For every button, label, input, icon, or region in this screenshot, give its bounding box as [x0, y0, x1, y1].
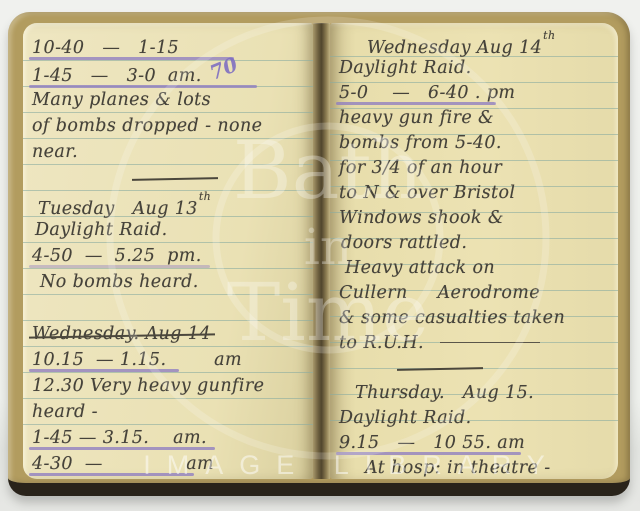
left-page-handwriting: 10-40 — 1-151-45 — 3-0 am.70Many planes …: [23, 23, 313, 477]
handwriting-text: Heavy attack on: [345, 256, 495, 281]
right-page: Wednesday Aug 14thDaylight Raid.5-0 — 6-…: [330, 23, 618, 479]
handwriting-line: Daylight Raid.: [330, 55, 618, 80]
handwriting-text: to N & over Bristol: [339, 181, 515, 206]
section-divider: [23, 165, 313, 191]
purple-underline: [29, 473, 194, 477]
handwriting-text: 10.15 — 1.15. am: [32, 347, 242, 373]
handwriting-text: Cullern Aerodrome: [339, 281, 540, 306]
handwriting-line: Windows shook &: [330, 205, 618, 230]
handwriting-line: At hosp: in theatre -: [330, 455, 618, 479]
handwriting-text: 4-30 — am: [32, 451, 214, 477]
handwriting-text: of bombs dropped - none: [32, 113, 262, 139]
handwriting-line: Thursday. Aug 15.: [330, 380, 618, 405]
gutter-shadow: [313, 23, 330, 479]
handwriting-text: Daylight Raid.: [339, 56, 472, 81]
handwriting-line: Cullern Aerodrome: [330, 280, 618, 305]
purple-underline: [29, 369, 179, 373]
handwriting-line: 9.15 — 10 55. am: [330, 430, 618, 455]
handwriting-text: 1-45 — 3.15. am.: [32, 425, 207, 451]
handwriting-text: 10-40 — 1-15: [32, 35, 179, 61]
handwriting-line: 10.15 — 1.15. am: [23, 347, 313, 373]
handwriting-line: heavy gun fire &: [330, 105, 618, 130]
handwriting-line: to N & over Bristol: [330, 180, 618, 205]
handwriting-line: Daylight Raid.: [23, 217, 313, 243]
handwriting-text: Daylight Raid.: [35, 217, 168, 243]
purple-underline: [29, 57, 234, 61]
handwriting-line: Many planes & lots: [23, 87, 313, 113]
superscript: th: [199, 190, 211, 203]
handwriting-text: Daylight Raid.: [339, 406, 472, 431]
notebook: 10-40 — 1-151-45 — 3-0 am.70Many planes …: [8, 12, 630, 496]
superscript: th: [543, 29, 555, 42]
handwriting-text: 1-45 — 3-0 am.: [32, 63, 202, 89]
handwriting-text: heard -: [32, 399, 98, 425]
handwriting-line: of bombs dropped - none: [23, 113, 313, 139]
divider-stroke: [397, 367, 483, 371]
strikethrough: [29, 333, 215, 338]
handwriting-line: near.: [23, 139, 313, 165]
handwriting-line: & some casualties taken: [330, 305, 618, 330]
handwriting-text: doors rattled.: [341, 231, 467, 256]
handwriting-line: Wednesday. Aug 14: [23, 321, 313, 347]
handwriting-line: No bombs heard.: [23, 269, 313, 295]
handwriting-text: No bombs heard.: [40, 269, 199, 295]
handwriting-line: heard -: [23, 399, 313, 425]
handwriting-line: 1-45 — 3-0 am.70: [23, 61, 313, 87]
handwriting-line: Daylight Raid.: [330, 405, 618, 430]
handwriting-text: 5-0 — 6-40 . pm: [339, 81, 515, 106]
handwriting-text: Wednesday. Aug 14: [32, 321, 211, 347]
left-page: 10-40 — 1-151-45 — 3-0 am.70Many planes …: [23, 23, 313, 479]
trailing-rule: [440, 342, 540, 343]
handwriting-text: Windows shook &: [339, 206, 504, 231]
handwriting-text: Many planes & lots: [32, 87, 211, 113]
handwriting-text: 12.30 Very heavy gunfire: [32, 373, 264, 399]
handwriting-line: 4-50 — 5.25 pm.: [23, 243, 313, 269]
purple-underline: [29, 265, 210, 268]
handwriting-line: [23, 295, 313, 321]
section-divider: [330, 355, 618, 380]
handwriting-line: Heavy attack on: [330, 255, 618, 280]
handwriting-text: & some casualties taken: [339, 306, 565, 331]
handwriting-text: to R.U.H.: [339, 331, 424, 356]
handwriting-line: 5-0 — 6-40 . pm: [330, 80, 618, 105]
handwriting-text: heavy gun fire &: [339, 106, 494, 131]
handwriting-line: for 3/4 of an hour: [330, 155, 618, 180]
handwriting-line: to R.U.H.: [330, 330, 618, 355]
handwriting-line: Tuesday Aug 13th: [23, 191, 313, 217]
handwriting-line: 1-45 — 3.15. am.: [23, 425, 313, 451]
handwriting-line: Wednesday Aug 14th: [330, 30, 618, 55]
right-page-handwriting: Wednesday Aug 14thDaylight Raid.5-0 — 6-…: [330, 23, 618, 479]
handwriting-line: doors rattled.: [330, 230, 618, 255]
handwriting-line: 12.30 Very heavy gunfire: [23, 373, 313, 399]
handwriting-text: Thursday. Aug 15.: [355, 381, 534, 406]
handwriting-line: 4-30 — am: [23, 451, 313, 477]
handwriting-line: 10-40 — 1-15: [23, 35, 313, 61]
scanned-photo-background: 10-40 — 1-151-45 — 3-0 am.70Many planes …: [0, 0, 640, 511]
purple-underline: [29, 447, 215, 451]
handwriting-text: 9.15 — 10 55. am: [339, 431, 525, 456]
handwriting-text: At hosp: in theatre -: [365, 456, 551, 479]
handwriting-text: for 3/4 of an hour: [339, 156, 502, 181]
handwriting-text: near.: [32, 139, 78, 165]
handwriting-text: 4-50 — 5.25 pm.: [32, 243, 202, 269]
handwriting-text: bombs from 5-40.: [339, 131, 502, 156]
handwriting-line: bombs from 5-40.: [330, 130, 618, 155]
divider-stroke: [132, 177, 218, 181]
